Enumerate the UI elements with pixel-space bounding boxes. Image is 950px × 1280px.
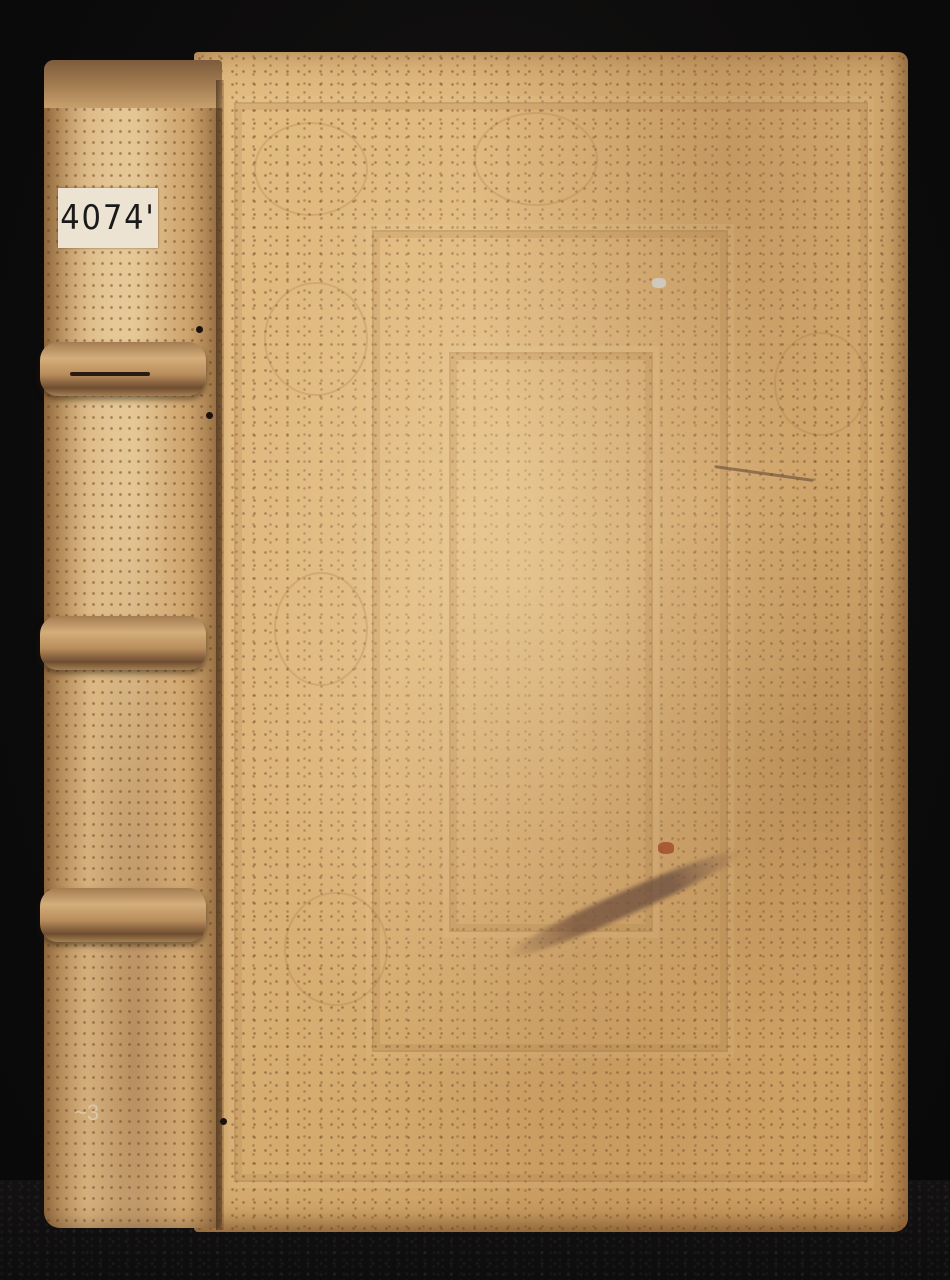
raised-band: [40, 616, 206, 670]
raised-band: [40, 888, 206, 942]
front-cover: [194, 52, 908, 1232]
spine: 4074' ~3: [44, 60, 222, 1228]
faded-spine-mark: ~3: [74, 1100, 124, 1130]
tie-hole: [220, 1118, 227, 1125]
shelfmark-text: 4074': [60, 198, 155, 238]
spine-joint: [216, 80, 224, 1230]
surface-chip: [652, 278, 666, 288]
spine-headcap: [44, 60, 222, 108]
ornament-roundel: [264, 282, 368, 396]
raised-band: [40, 342, 206, 396]
ornament-roundel: [474, 112, 598, 206]
ornament-roundel: [284, 892, 388, 1006]
tie-hole: [196, 326, 203, 333]
ornament-roundel: [274, 572, 368, 686]
blind-tooled-center-panel: [449, 352, 653, 932]
book: 4074' ~3: [44, 52, 908, 1232]
ornament-roundel: [254, 122, 368, 216]
ornament-roundel: [774, 332, 868, 436]
tie-hole: [206, 412, 213, 419]
red-mark: [658, 842, 674, 854]
shelfmark-label: 4074': [58, 188, 158, 248]
